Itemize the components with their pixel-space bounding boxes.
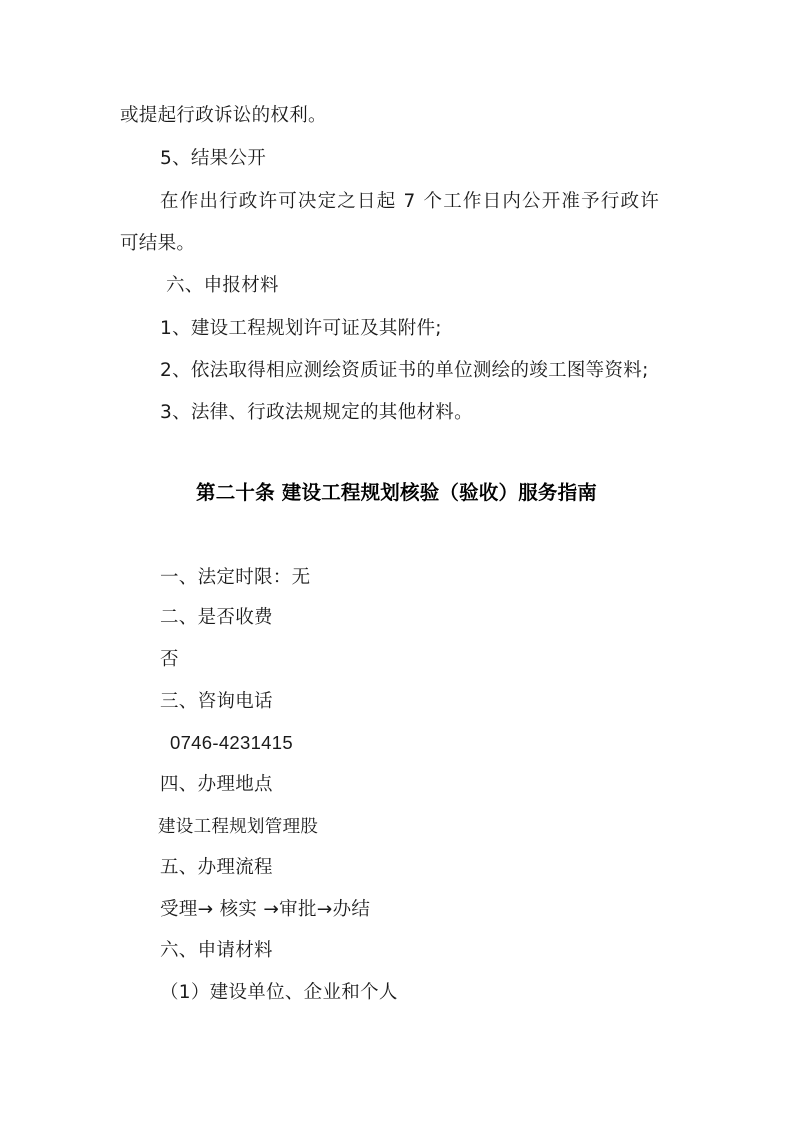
- section-fee-value: 否: [160, 648, 179, 672]
- materials-item-2: 2、依法取得相应测绘资质证书的单位测绘的竣工图等资料;: [160, 359, 649, 383]
- section-location-value: 建设工程规划管理股: [158, 815, 318, 839]
- result-disclosure-heading: 5、结果公开: [160, 147, 266, 171]
- result-disclosure-text-line-1: 在作出行政许可决定之日起 7 个工作日内公开准予行政许: [160, 190, 660, 214]
- materials-section-heading: 六、申报材料: [166, 274, 279, 298]
- section-fee-heading: 二、是否收费: [160, 606, 273, 630]
- article-title: 第二十条 建设工程规划核验（验收）服务指南: [0, 480, 793, 506]
- materials-item-3: 3、法律、行政法规规定的其他材料。: [160, 401, 473, 425]
- document-page: 或提起行政诉讼的权利。 5、结果公开 在作出行政许可决定之日起 7 个工作日内公…: [0, 0, 793, 1122]
- result-disclosure-text-line-2: 可结果。: [120, 232, 195, 256]
- materials-item-1: 1、建设工程规划许可证及其附件;: [160, 317, 442, 341]
- section-phone-heading: 三、咨询电话: [160, 690, 273, 714]
- section-materials-heading: 六、申请材料: [160, 939, 273, 963]
- section-process-heading: 五、办理流程: [160, 856, 273, 880]
- section-location-heading: 四、办理地点: [160, 773, 273, 797]
- continuation-text: 或提起行政诉讼的权利。: [120, 104, 327, 128]
- section-legal-time-limit: 一、法定时限：无: [160, 566, 310, 590]
- section-materials-value: （1）建设单位、企业和个人: [160, 981, 398, 1005]
- section-phone-value: 0746-4231415: [170, 731, 293, 755]
- section-process-value: 受理→ 核实 →审批→办结: [160, 898, 370, 922]
